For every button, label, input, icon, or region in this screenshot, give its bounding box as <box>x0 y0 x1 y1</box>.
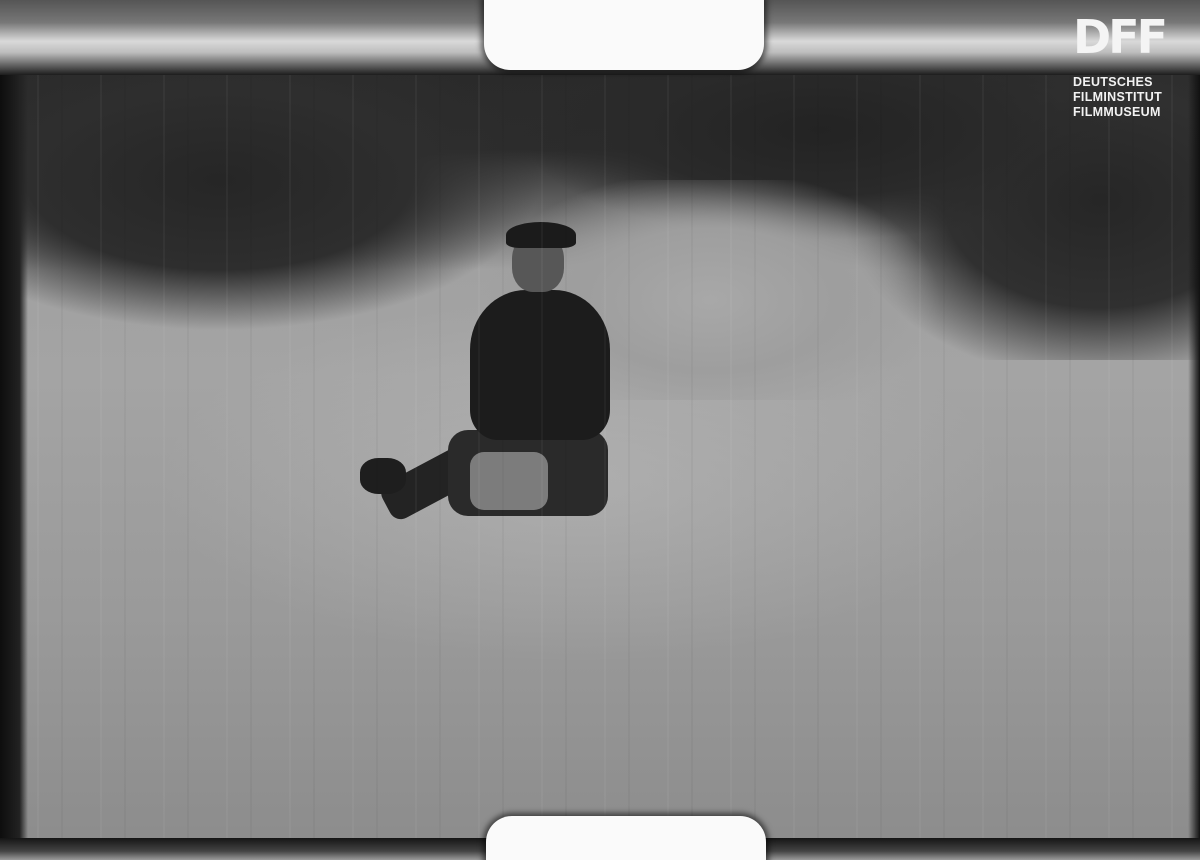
logo-line-3: FILMMUSEUM <box>1073 105 1165 120</box>
logo-mark: DFF <box>1073 15 1165 59</box>
film-perforation-top <box>484 0 764 70</box>
frame-right-edge <box>1188 0 1200 860</box>
film-scratches <box>0 0 1200 860</box>
film-frame: DFF DEUTSCHES FILMINSTITUT FILMMUSEUM <box>0 0 1200 860</box>
logo-text: DEUTSCHES FILMINSTITUT FILMMUSEUM <box>1073 75 1165 120</box>
frame-left-edge <box>0 0 28 860</box>
logo-line-1: DEUTSCHES <box>1073 75 1165 90</box>
logo-line-2: FILMINSTITUT <box>1073 90 1165 105</box>
dff-watermark-logo: DFF DEUTSCHES FILMINSTITUT FILMMUSEUM <box>1073 15 1165 120</box>
film-perforation-bottom <box>486 816 766 860</box>
